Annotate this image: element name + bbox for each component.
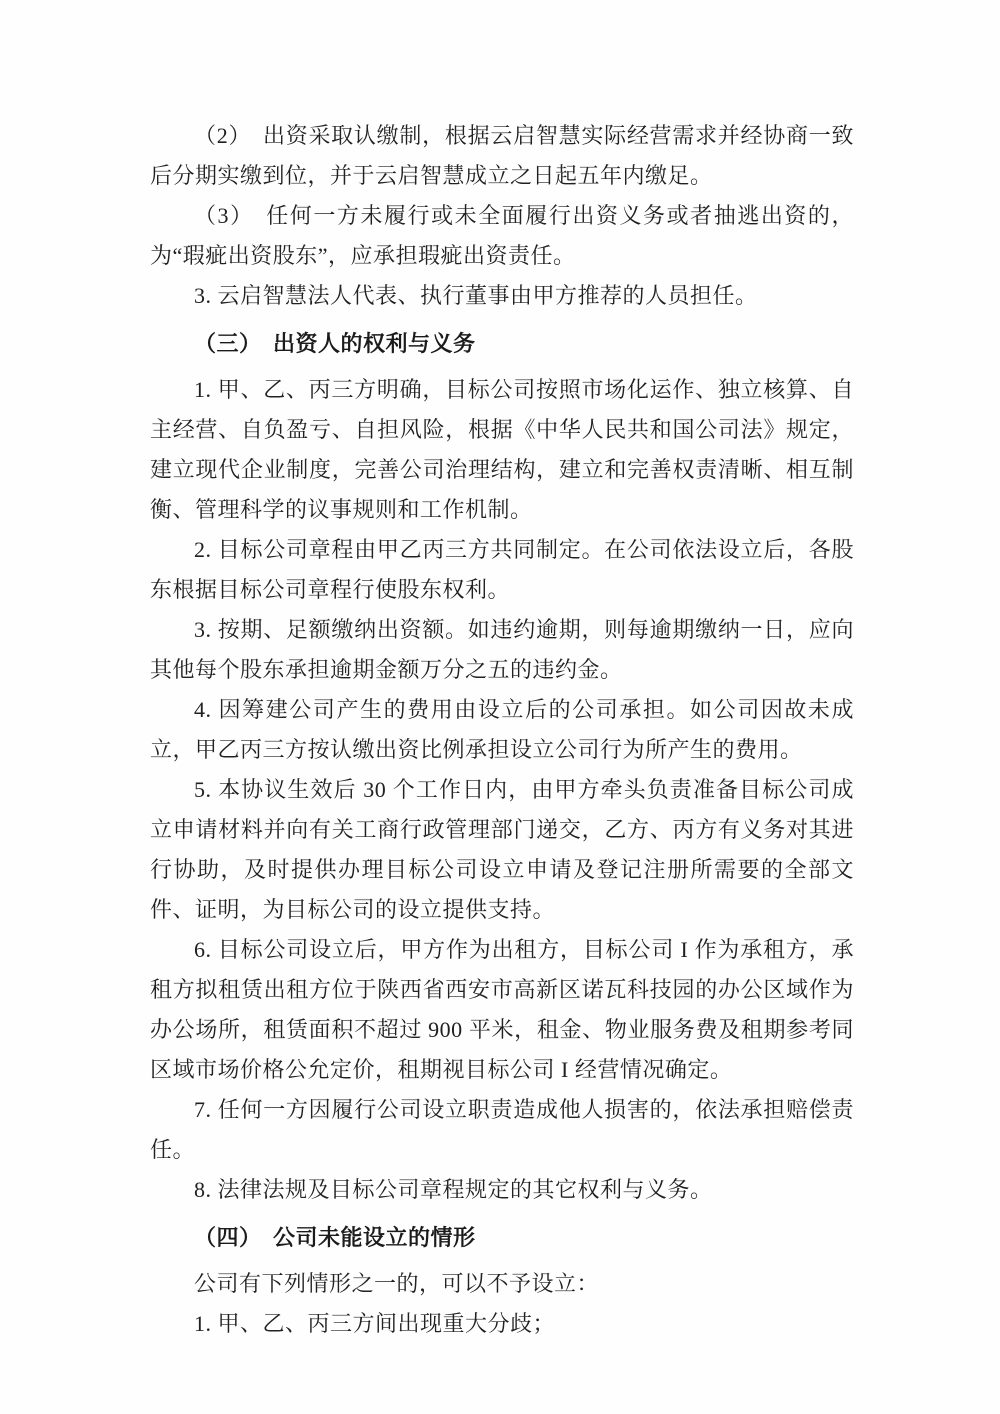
clause-paragraph: 4. 因筹建公司产生的费用由设立后的公司承担。如公司因故未成立，甲乙丙三方按认缴… — [150, 690, 854, 770]
clause-paragraph: （2） 出资采取认缴制，根据云启智慧实际经营需求并经协商一致后分期实缴到位，并于… — [150, 116, 854, 196]
clause-paragraph: 3. 云启智慧法人代表、执行董事由甲方推荐的人员担任。 — [150, 276, 854, 316]
section-heading: （四） 公司未能设立的情形 — [150, 1218, 854, 1258]
clause-paragraph: 5. 本协议生效后 30 个工作日内，由甲方牵头负责准备目标公司成立申请材料并向… — [150, 770, 854, 930]
clause-paragraph: 3. 按期、足额缴纳出资额。如违约逾期，则每逾期缴纳一日，应向其他每个股东承担逾… — [150, 610, 854, 690]
clause-paragraph: 6. 目标公司设立后，甲方作为出租方，目标公司 I 作为承租方，承租方拟租赁出租… — [150, 930, 854, 1090]
clause-paragraph: 8. 法律法规及目标公司章程规定的其它权利与义务。 — [150, 1170, 854, 1210]
clause-paragraph: 公司有下列情形之一的，可以不予设立： — [150, 1264, 854, 1304]
clause-paragraph: 7. 任何一方因履行公司设立职责造成他人损害的，依法承担赔偿责任。 — [150, 1090, 854, 1170]
clause-paragraph: 1. 甲、乙、丙三方间出现重大分歧； — [150, 1304, 854, 1344]
document-page: （2） 出资采取认缴制，根据云启智慧实际经营需求并经协商一致后分期实缴到位，并于… — [0, 0, 1000, 1414]
section-heading: （三） 出资人的权利与义务 — [150, 324, 854, 364]
clause-paragraph: 2. 目标公司章程由甲乙丙三方共同制定。在公司依法设立后，各股东根据目标公司章程… — [150, 530, 854, 610]
clause-paragraph: 1. 甲、乙、丙三方明确，目标公司按照市场化运作、独立核算、自主经营、自负盈亏、… — [150, 370, 854, 530]
clause-paragraph: （3） 任何一方未履行或未全面履行出资义务或者抽逃出资的，为“瑕疵出资股东”，应… — [150, 196, 854, 276]
